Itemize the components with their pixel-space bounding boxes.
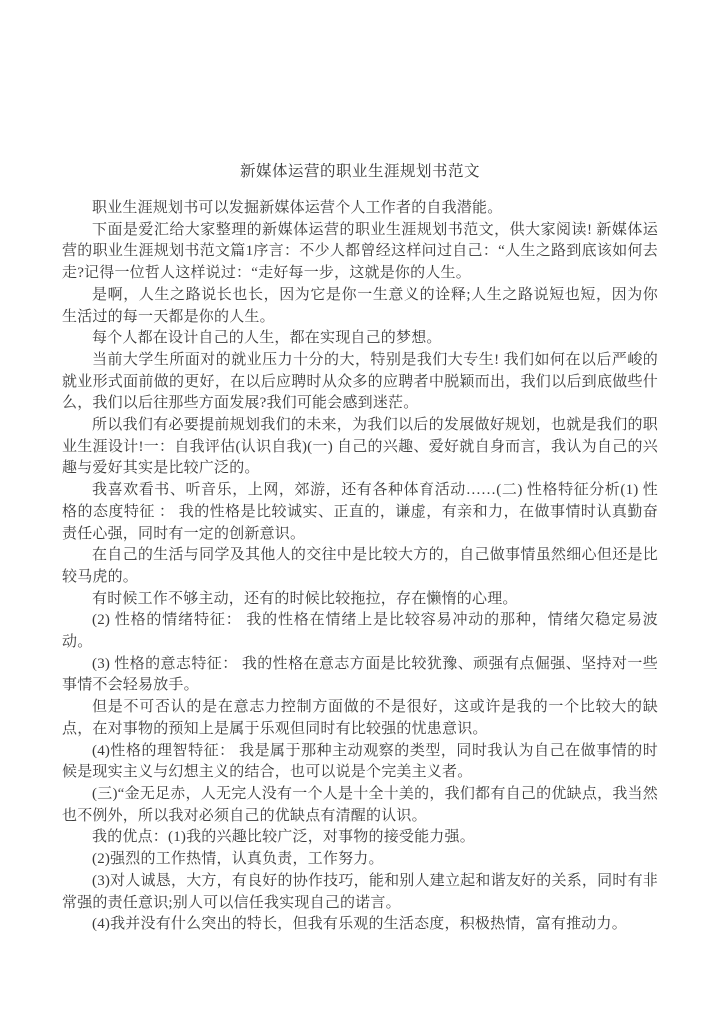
paragraph: 职业生涯规划书可以发掘新媒体运营个人工作者的自我潜能。 — [62, 198, 658, 220]
paragraph: 当前大学生所面对的就业压力十分的大，特别是我们大专生! 我们如何在以后严峻的就业… — [62, 350, 658, 415]
document-body: 职业生涯规划书可以发掘新媒体运营个人工作者的自我潜能。下面是爱汇给大家整理的新媒… — [62, 198, 658, 936]
paragraph: (4)我并没有什么突出的特长，但我有乐观的生活态度，积极热情，富有推动力。 — [62, 914, 658, 936]
paragraph: 我喜欢看书、听音乐，上网，郊游，还有各种体育活动……(二) 性格特征分析(1) … — [62, 480, 658, 545]
paragraph: (3) 性格的意志特征： 我的性格在意志方面是比较犹豫、顽强有点倔强、坚持对一些… — [62, 654, 658, 697]
paragraph: (3)对人诚恳，大方，有良好的协作技巧，能和别人建立起和谐友好的关系，同时有非常… — [62, 871, 658, 914]
paragraph: (2) 性格的情绪特征： 我的性格在情绪上是比较容易冲动的那种，情绪欠稳定易波动… — [62, 610, 658, 653]
document-page: 新媒体运营的职业生涯规划书范文 职业生涯规划书可以发掘新媒体运营个人工作者的自我… — [0, 0, 720, 1017]
paragraph: 是啊，人生之路说长也长，因为它是你一生意义的诠释;人生之路说短也短，因为你生活过… — [62, 285, 658, 328]
paragraph: 有时候工作不够主动，还有的时候比较拖拉，存在懒惰的心理。 — [62, 589, 658, 611]
paragraph: 所以我们有必要提前规划我们的未来，为我们以后的发展做好规划，也就是我们的职业生涯… — [62, 415, 658, 480]
document-title: 新媒体运营的职业生涯规划书范文 — [62, 161, 658, 183]
paragraph: 但是不可否认的是在意志力控制方面做的不是很好，这或许是我的一个比较大的缺点，在对… — [62, 697, 658, 740]
paragraph: 我的优点：(1)我的兴趣比较广泛，对事物的接受能力强。 — [62, 827, 658, 849]
paragraph: (2)强烈的工作热情，认真负责，工作努力。 — [62, 849, 658, 871]
paragraph: 在自己的生活与同学及其他人的交往中是比较大方的，自己做事情虽然细心但还是比较马虎… — [62, 545, 658, 588]
paragraph: (三)“金无足赤，人无完人没有一个人是十全十美的，我们都有自己的优缺点，我当然也… — [62, 784, 658, 827]
paragraph: (4)性格的理智特征： 我是属于那种主动观察的类型，同时我认为自己在做事情的时候… — [62, 741, 658, 784]
paragraph: 每个人都在设计自己的人生，都在实现自己的梦想。 — [62, 328, 658, 350]
paragraph: 下面是爱汇给大家整理的新媒体运营的职业生涯规划书范文，供大家阅读! 新媒体运营的… — [62, 220, 658, 285]
